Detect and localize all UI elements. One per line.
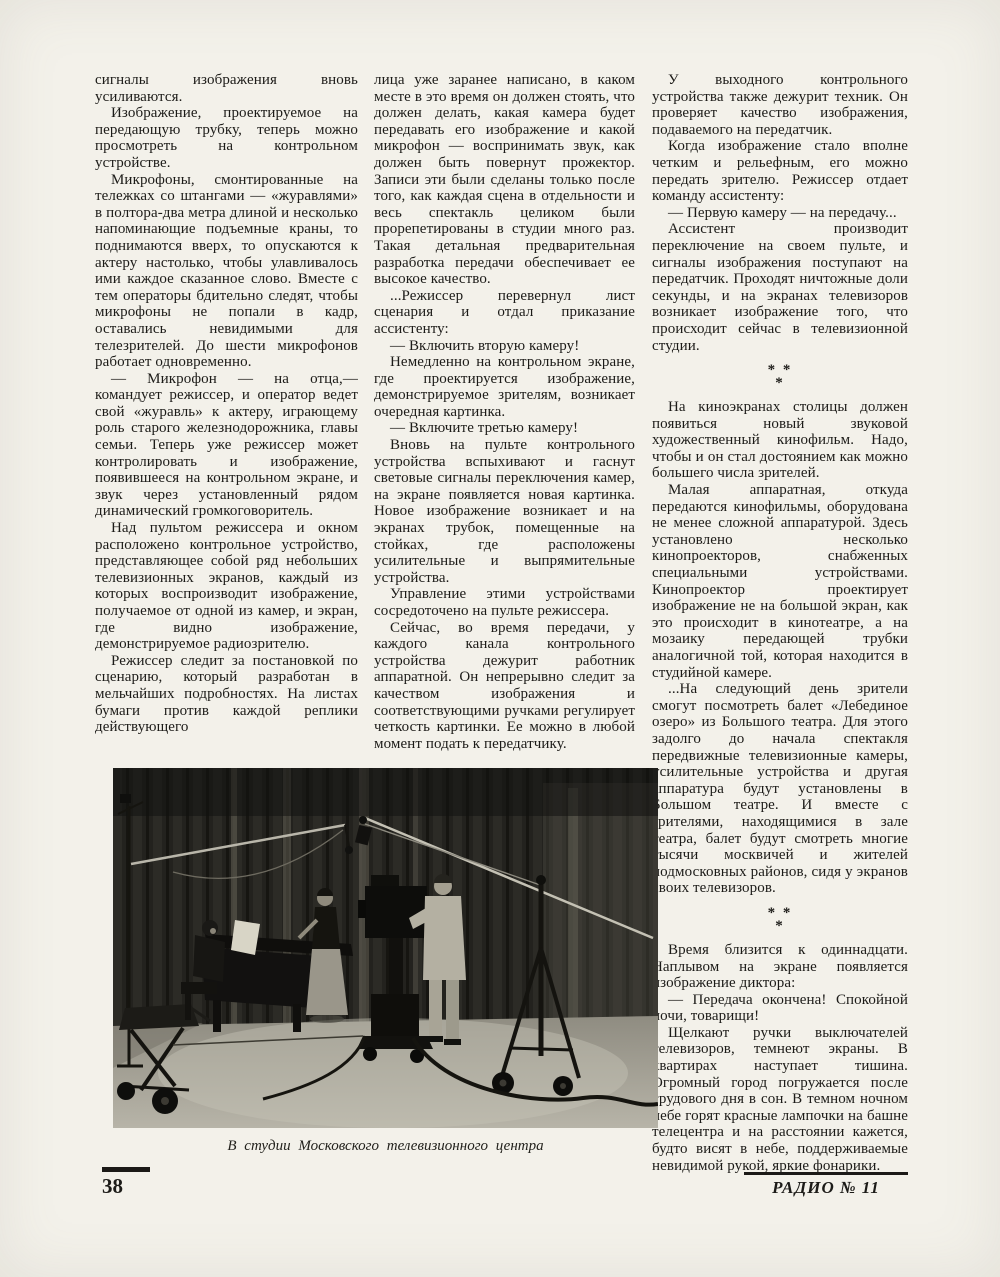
paragraph: Время близится к одиннадцати. Наплывом н… — [652, 942, 908, 992]
paragraph: — Микрофон — на отца,— командует режиссе… — [95, 371, 358, 520]
text-column-3: У выходного контрольного устройства такж… — [652, 72, 908, 1167]
magazine-footer: РАДИО № 11 — [744, 1172, 908, 1198]
text-column-1: сигналы изображения вновь усиливаются.Из… — [95, 72, 358, 737]
asterisk-separator: * ** — [652, 897, 908, 942]
paragraph: Сейчас, во время передачи, у каждого кан… — [374, 620, 635, 753]
paragraph: — Включить вторую камеру! — [374, 338, 635, 355]
paragraph: — Первую камеру — на передачу... — [652, 205, 908, 222]
paragraph: Немедленно на контрольном экране, где пр… — [374, 354, 635, 420]
paragraph: У выходного контрольного устройства такж… — [652, 72, 908, 138]
paragraph: Малая аппаратная, откуда передаются кино… — [652, 482, 908, 681]
paragraph: лица уже заранее написано, в каком месте… — [374, 72, 635, 288]
paragraph: Вновь на пульте контрольного устройства … — [374, 437, 635, 586]
text-column-2: лица уже заранее написано, в каком месте… — [374, 72, 635, 767]
paragraph: На киноэкранах столицы должен появиться … — [652, 399, 908, 482]
paragraph: Щелкают ручки выключателей телевизоров, … — [652, 1025, 908, 1174]
paragraph: Режиссер следит за постановкой по сценар… — [95, 653, 358, 736]
paragraph: Управление этими устройствами сосредоточ… — [374, 586, 635, 619]
paragraph: Микрофоны, смонтированные на тележках со… — [95, 172, 358, 371]
paragraph: Изображение, проектируемое на передающую… — [95, 105, 358, 171]
paragraph: Ассистент производит переключение на сво… — [652, 221, 908, 354]
magazine-page: сигналы изображения вновь усиливаются.Из… — [0, 0, 1000, 1277]
asterisk-separator: * ** — [652, 354, 908, 399]
page-number: 38 — [102, 1167, 150, 1199]
paragraph: Когда изображение стало вполне четким и … — [652, 138, 908, 204]
sheet-music — [231, 920, 260, 955]
paragraph: ...Режиссер перевернул лист сценария и о… — [374, 288, 635, 338]
paragraph: — Передача окончена! Спокойной ночи, тов… — [652, 992, 908, 1025]
photo-caption: В студии Московского телевизионного цент… — [113, 1138, 658, 1155]
paragraph: — Включите третью камеру! — [374, 420, 635, 437]
paragraph: Над пультом режиссера и окном расположен… — [95, 520, 358, 653]
paragraph: сигналы изображения вновь усиливаются. — [95, 72, 358, 105]
studio-photo — [113, 768, 658, 1128]
studio-photo-illustration — [113, 768, 658, 1128]
paragraph: ...На следующий день зрители смогут посм… — [652, 681, 908, 897]
